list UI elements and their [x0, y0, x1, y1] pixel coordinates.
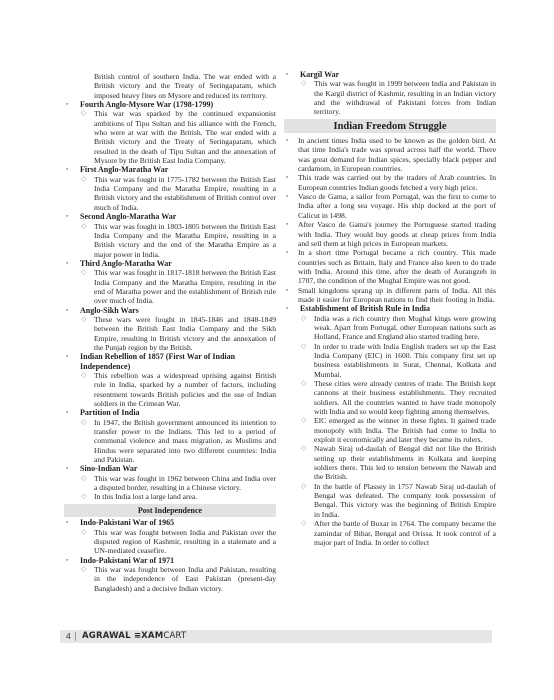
diamond-bullet-icon: ◇	[81, 371, 86, 380]
section-fourth-anglo-mysore: ▪Fourth Anglo-Mysore War (1798-1799) ◇Th…	[64, 100, 276, 165]
bullet-icon: ▪	[286, 220, 288, 229]
item-point: This war was fought in 1962 between Chin…	[94, 474, 276, 492]
item-title: Partition of India	[80, 408, 140, 417]
item-point: This rebellion was a widespread uprising…	[94, 371, 276, 408]
item-title: Indo-Pakistani War of 1965	[80, 518, 174, 527]
item-point: In this India lost a large land area.	[94, 492, 197, 501]
section-rebellion-1857: ▪Indian Rebellion of 1857 (First War of …	[64, 352, 276, 408]
diamond-bullet-icon: ◇	[301, 314, 306, 323]
diamond-bullet-icon: ◇	[301, 379, 306, 388]
diamond-bullet-icon: ◇	[81, 315, 86, 324]
diamond-bullet-icon: ◇	[81, 109, 86, 118]
section-first-anglo-maratha: ▪First Anglo-Maratha War ◇This war was f…	[64, 165, 276, 212]
right-column: ▪Kargil War ◇This war was fought in 1999…	[284, 70, 496, 547]
item-point: This war was fought between India and Pa…	[94, 528, 276, 556]
diamond-bullet-icon: ◇	[81, 528, 86, 537]
bullet-icon: ▪	[66, 556, 68, 565]
section-anglo-sikh: ▪Anglo-Sikh Wars ◇These wars were fought…	[64, 306, 276, 353]
footer-divider	[75, 632, 76, 641]
section-second-anglo-maratha: ▪Second Anglo-Maratha War ◇This war was …	[64, 212, 276, 259]
item-point: In 1947, the British government announce…	[94, 418, 276, 464]
item-point: Nawab Siraj ud-daulah of Bengal did not …	[314, 444, 496, 481]
bullet-icon: ▪	[66, 212, 68, 221]
diamond-bullet-icon: ◇	[81, 268, 86, 277]
item-point: This war was fought in 1803-1805 between…	[94, 222, 276, 259]
item-title: Indian Rebellion of 1857 (First War of I…	[80, 352, 235, 370]
section-sino-indian: ▪Sino-Indian War ◇This war was fought in…	[64, 464, 276, 501]
item-title: Second Anglo-Maratha War	[80, 212, 176, 221]
brand-light: CART	[163, 631, 186, 641]
item-title: Sino-Indian War	[80, 464, 137, 473]
diamond-bullet-icon: ◇	[301, 482, 306, 491]
item-point: This war was sparked by the continued ex…	[94, 109, 276, 165]
section-third-anglo-maratha: ▪Third Anglo-Maratha War ◇This war was f…	[64, 259, 276, 306]
bullet-icon: ▪	[286, 192, 288, 201]
item-title: First Anglo-Maratha War	[80, 165, 168, 174]
list-item: In a short time Portugal became a rich c…	[298, 248, 496, 285]
list-item: Vasco de Gama, a sailor from Portugal, w…	[298, 192, 496, 220]
diamond-bullet-icon: ◇	[81, 222, 86, 231]
bullet-icon: ▪	[286, 248, 288, 257]
section-british-rule: ▪Establishment of British Rule in India …	[284, 304, 496, 547]
diamond-bullet-icon: ◇	[301, 416, 306, 425]
diamond-bullet-icon: ◇	[301, 342, 306, 351]
item-title: Kargil War	[300, 70, 339, 79]
item-point: In order to trade with India English tra…	[314, 342, 496, 379]
section-indo-pak-1965: ▪Indo-Pakistani War of 1965 ◇This war wa…	[64, 518, 276, 555]
item-title: Anglo-Sikh Wars	[80, 306, 139, 315]
diamond-bullet-icon: ◇	[301, 444, 306, 453]
freedom-struggle-header: Indian Freedom Struggle	[284, 119, 496, 133]
bullet-icon: ▪	[66, 165, 68, 174]
diamond-bullet-icon: ◇	[81, 565, 86, 574]
list-item: In ancient times India used to be known …	[298, 136, 496, 173]
diamond-bullet-icon: ◇	[81, 175, 86, 184]
continuation-text: British control of southern India. The w…	[64, 72, 276, 100]
bullet-icon: ▪	[286, 70, 288, 79]
bullet-icon: ▪	[66, 306, 68, 315]
item-title: Establishment of British Rule in India	[300, 304, 430, 313]
bullet-icon: ▪	[66, 100, 68, 109]
list-item: Small kingdoms sprang up in different pa…	[298, 286, 496, 304]
list-item: After Vasco de Gama's journey the Portug…	[298, 220, 496, 248]
item-title: Indo-Pakistani War of 1971	[80, 556, 174, 565]
item-point: India was a rich country then Mughal kin…	[314, 314, 496, 342]
section-partition: ▪Partition of India ◇In 1947, the Britis…	[64, 408, 276, 464]
item-point: After the battle of Buxar in 1764. The c…	[314, 519, 496, 547]
list-item: This trade was carried out by the trader…	[298, 173, 496, 191]
diamond-bullet-icon: ◇	[301, 79, 306, 88]
freedom-struggle-list: ▪In ancient times India used to be known…	[284, 136, 496, 304]
item-point: These cities were already centres of tra…	[314, 379, 496, 416]
brand-bold: AGRAWAL ≡XAM	[82, 631, 163, 641]
item-point: EIC emerged as the winner in these fight…	[314, 416, 496, 444]
brand-logo: AGRAWAL ≡XAMCART	[82, 631, 186, 641]
item-point: This war was fought in 1775-1782 between…	[94, 175, 276, 212]
item-point: These wars were fought in 1845-1846 and …	[94, 315, 276, 352]
bullet-icon: ▪	[286, 286, 288, 295]
item-title: Fourth Anglo-Mysore War (1798-1799)	[80, 100, 213, 109]
item-point: This war was fought between India and Pa…	[94, 565, 276, 593]
bullet-icon: ▪	[286, 136, 288, 145]
bullet-icon: ▪	[286, 173, 288, 182]
item-point: In the battle of Plassey in 1757 Nawab S…	[314, 482, 496, 519]
post-independence-header: Post Independence	[64, 504, 276, 517]
bullet-icon: ▪	[66, 464, 68, 473]
bullet-icon: ▪	[66, 408, 68, 417]
diamond-bullet-icon: ◇	[81, 492, 86, 501]
item-title: Third Anglo-Maratha War	[80, 259, 172, 268]
diamond-bullet-icon: ◇	[81, 474, 86, 483]
item-point: This war was fought in 1817-1818 between…	[94, 268, 276, 305]
item-point: This war was fought in 1999 between Indi…	[314, 79, 496, 116]
diamond-bullet-icon: ◇	[301, 519, 306, 528]
diamond-bullet-icon: ◇	[81, 418, 86, 427]
bullet-icon: ▪	[66, 259, 68, 268]
bullet-icon: ▪	[66, 518, 68, 527]
page-number: 4	[66, 631, 71, 641]
section-kargil: ▪Kargil War ◇This war was fought in 1999…	[284, 70, 496, 117]
bullet-icon: ▪	[66, 352, 68, 361]
section-indo-pak-1971: ▪Indo-Pakistani War of 1971 ◇This war wa…	[64, 556, 276, 593]
bullet-icon: ▪	[286, 304, 288, 313]
left-column: British control of southern India. The w…	[64, 72, 276, 593]
page-footer: 4 AGRAWAL ≡XAMCART	[60, 630, 492, 643]
